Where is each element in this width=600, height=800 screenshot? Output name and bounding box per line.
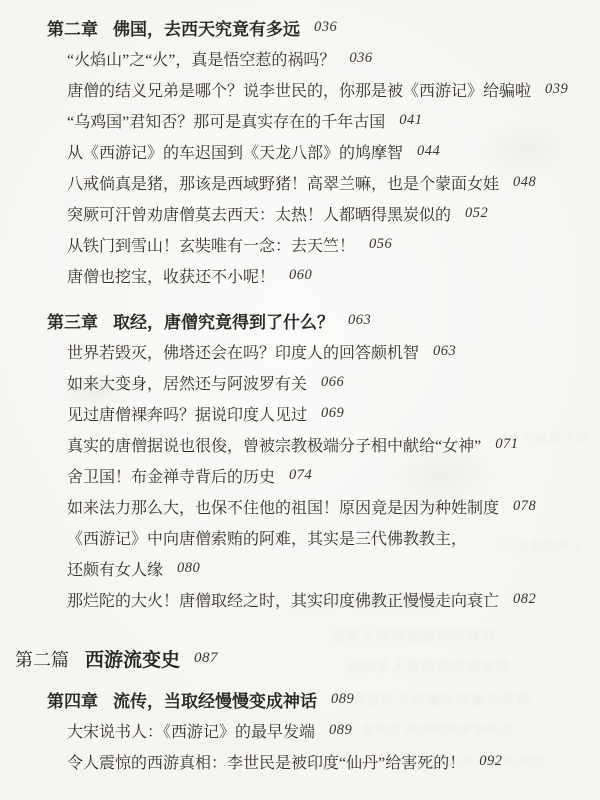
page-number: 089: [331, 691, 354, 708]
page-number: 080: [177, 560, 200, 577]
chapter-title: 流传，当取经慢慢变成神话: [113, 687, 317, 712]
entry-text: 世界若毁灭，佛塔还会在吗？印度人的回答颇机智: [67, 340, 419, 363]
toc-entry-line: 如来法力那么大，也保不住他的祖国！原因竟是因为种姓制度078: [0, 491, 600, 522]
chapter-label: 第二章: [47, 15, 98, 40]
chapter-heading: 第四章流传，当取经慢慢变成神话089: [0, 684, 600, 715]
entry-text: “乌鸡国”君知否？那可是真实存在的千年古国: [67, 109, 385, 132]
entry-text: 舍卫国！布金禅寺背后的历史: [67, 464, 275, 487]
chapter-title: 取经，唐僧究竟得到了什么？: [113, 308, 334, 333]
page-number: 041: [399, 112, 422, 129]
toc-entry-line: 唐僧也挖宝，收获还不小呢！060: [0, 260, 600, 291]
chapter-label: 第三章: [47, 308, 98, 333]
toc-entry-line: 世界若毁灭，佛塔还会在吗？印度人的回答颇机智063: [0, 336, 600, 367]
page-number: 089: [329, 722, 352, 739]
page-number: 060: [289, 267, 312, 284]
entry-text: 唐僧的结义兄弟是哪个？说李世民的，你那是被《西游记》给骗啦: [67, 78, 531, 101]
toc-entry-line: 真实的唐僧据说也很俊，曾被宗教极端分子相中献给“女神”071: [0, 429, 600, 460]
page-number: 087: [194, 650, 218, 667]
entry-text: 从《西游记》的车迟国到《天龙八部》的鸠摩智: [67, 140, 403, 163]
page-number: 071: [495, 436, 518, 453]
toc-entry-line: “火焰山”之“火”，真是悟空惹的祸吗？036: [0, 43, 600, 74]
table-of-contents: 第二章佛国，去西天究竟有多远036“火焰山”之“火”，真是悟空惹的祸吗？036唐…: [0, 12, 600, 777]
page-number: 082: [513, 591, 536, 608]
entry-text: 还颇有女人缘: [67, 557, 163, 580]
chapter-heading: 第二章佛国，去西天究竟有多远036: [0, 12, 600, 43]
toc-entry-line: 突厥可汗曾劝唐僧莫去西天：太热！人都晒得黑炭似的052: [0, 198, 600, 229]
toc-entry-line: 那烂陀的大火！唐僧取经之时，其实印度佛教正慢慢走向衰亡082: [0, 584, 600, 615]
page-number: 036: [314, 19, 337, 36]
toc-entry-line: 从《西游记》的车迟国到《天龙八部》的鸠摩智044: [0, 136, 600, 167]
entry-text: 那烂陀的大火！唐僧取经之时，其实印度佛教正慢慢走向衰亡: [67, 588, 499, 611]
entry-text: 见过唐僧裸奔吗？据说印度人见过: [67, 402, 307, 425]
entry-text: 大宋说书人：《西游记》的最早发端: [67, 719, 315, 742]
page-number: 063: [433, 343, 456, 360]
page-number: 092: [479, 753, 502, 770]
page-number: 069: [321, 405, 344, 422]
page-number: 052: [465, 205, 488, 222]
page-number: 048: [513, 174, 536, 191]
toc-entry-line: 《西游记》中向唐僧索贿的阿难，其实是三代佛教教主，: [0, 522, 600, 553]
page-number: 063: [348, 312, 371, 329]
entry-text: 唐僧也挖宝，收获还不小呢！: [67, 264, 275, 287]
toc-entry-line: 如来大变身，居然还与阿波罗有关066: [0, 367, 600, 398]
entry-text: 真实的唐僧据说也很俊，曾被宗教极端分子相中献给“女神”: [67, 433, 481, 456]
part-heading: 第二篇西游流变史087: [0, 643, 600, 674]
entry-text: 如来大变身，居然还与阿波罗有关: [67, 371, 307, 394]
part-title: 西游流变史: [85, 645, 180, 672]
part-label: 第二篇: [15, 646, 69, 672]
entry-text: 突厥可汗曾劝唐僧莫去西天：太热！人都晒得黑炭似的: [67, 202, 451, 225]
page-number: 036: [349, 50, 372, 67]
page-number: 078: [513, 498, 536, 515]
page-number: 074: [289, 467, 312, 484]
page-number: 044: [417, 143, 440, 160]
entry-text: “火焰山”之“火”，真是悟空惹的祸吗？: [67, 47, 335, 70]
toc-entry-line: 从铁门到雪山！玄奘唯有一念：去天竺！056: [0, 229, 600, 260]
chapter-title: 佛国，去西天究竟有多远: [113, 15, 300, 40]
scanned-toc-page: 史变流游西话神成变慢经取当传流游西的人书说相真游西的惊震人令丹仙端发早最的记游西…: [0, 0, 600, 800]
page-number: 056: [369, 236, 392, 253]
toc-entry-line: 大宋说书人：《西游记》的最早发端089: [0, 715, 600, 746]
chapter-heading: 第三章取经，唐僧究竟得到了什么？063: [0, 305, 600, 336]
toc-entry-line: 令人震惊的西游真相：李世民是被印度“仙丹”给害死的！092: [0, 746, 600, 777]
page-number: 039: [545, 81, 568, 98]
toc-entry-line: 见过唐僧裸奔吗？据说印度人见过069: [0, 398, 600, 429]
page-number: 066: [321, 374, 344, 391]
entry-text: 《西游记》中向唐僧索贿的阿难，其实是三代佛教教主，: [67, 526, 467, 549]
entry-text: 如来法力那么大，也保不住他的祖国！原因竟是因为种姓制度: [67, 495, 499, 518]
toc-entry-line: 还颇有女人缘080: [0, 553, 600, 584]
toc-entry-line: “乌鸡国”君知否？那可是真实存在的千年古国041: [0, 105, 600, 136]
entry-text: 从铁门到雪山！玄奘唯有一念：去天竺！: [67, 233, 355, 256]
toc-entry-line: 舍卫国！布金禅寺背后的历史074: [0, 460, 600, 491]
entry-text: 八戒倘真是猪，那该是西域野猪！高翠兰嘛，也是个蒙面女娃: [67, 171, 499, 194]
toc-entry-line: 八戒倘真是猪，那该是西域野猪！高翠兰嘛，也是个蒙面女娃048: [0, 167, 600, 198]
chapter-label: 第四章: [47, 687, 98, 712]
toc-entry-line: 唐僧的结义兄弟是哪个？说李世民的，你那是被《西游记》给骗啦039: [0, 74, 600, 105]
entry-text: 令人震惊的西游真相：李世民是被印度“仙丹”给害死的！: [67, 750, 465, 773]
